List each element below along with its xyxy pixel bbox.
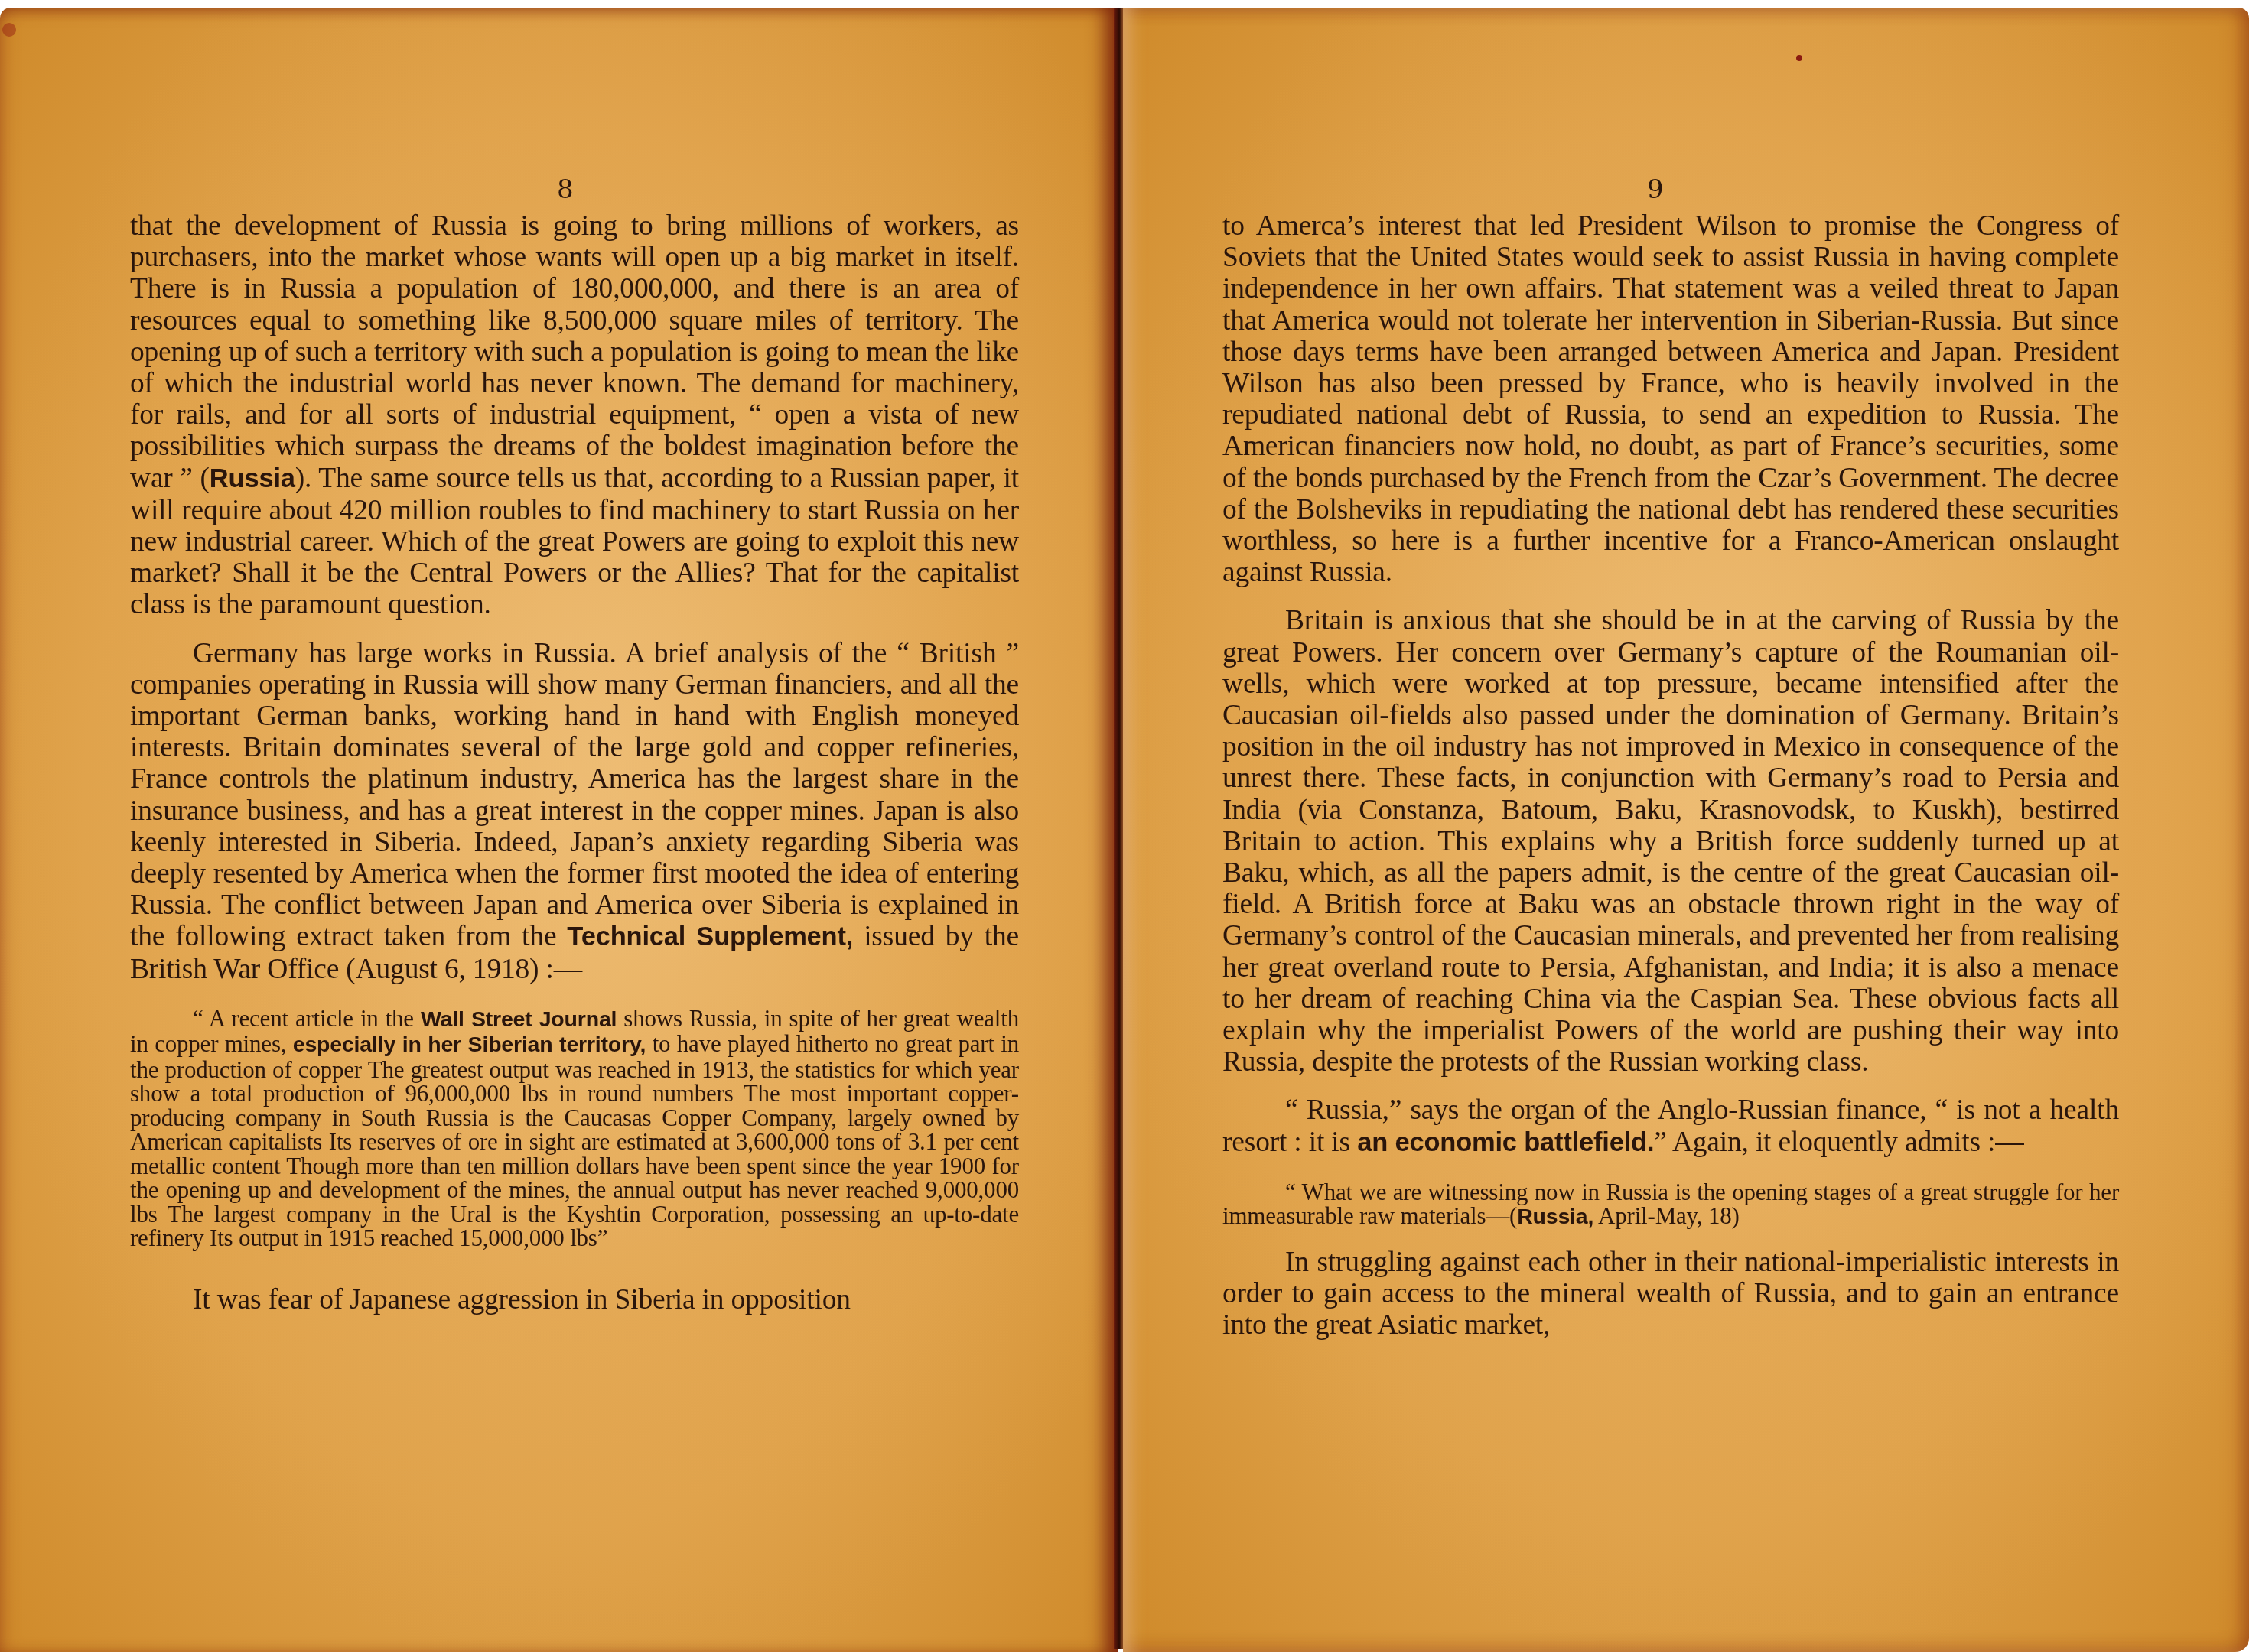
block-quote: “ What we are witnessing now in Russia i… <box>1222 1180 2119 1230</box>
text-run: that the development of Russia is going … <box>130 210 1019 494</box>
bold-emphasis: an economic battlefield. <box>1357 1128 1654 1157</box>
text-run: Germany has large works in Russia. A bri… <box>130 638 1019 953</box>
book-spread: 8 that the development of Russia is goin… <box>0 0 2259 1649</box>
text-run: Britain is anxious that she should be in… <box>1222 605 2119 1078</box>
text-run: to Amerca’s interest that led President … <box>1222 210 2119 588</box>
bold-citation: Wall Street Journal <box>421 1007 617 1032</box>
book-gutter <box>1114 8 1123 1649</box>
text-run: April-May, 18) <box>1593 1202 1739 1229</box>
text-run: In struggling against each other in thei… <box>1222 1247 2119 1341</box>
right-text-column: to Amerca’s interest that led President … <box>1222 210 2119 1341</box>
paragraph: to Amerca’s interest that led President … <box>1222 210 2119 588</box>
paragraph: In struggling against each other in thei… <box>1222 1247 2119 1341</box>
text-run: ” Again, it eloquently admits :— <box>1654 1127 2023 1158</box>
paragraph: It was fear of Japanese aggression in Si… <box>130 1284 1019 1315</box>
bold-citation: Russia, <box>1517 1205 1593 1229</box>
left-page: 8 that the development of Russia is goin… <box>0 8 1118 1649</box>
right-page: 9 to Amerca’s interest that led Presiden… <box>1123 8 2249 1649</box>
bold-citation: Russia <box>210 464 295 493</box>
bold-emphasis: especially in her Siberian territory, <box>293 1032 646 1057</box>
paragraph: Germany has large works in Russia. A bri… <box>130 638 1019 985</box>
paragraph: “ Russia,” says the organ of the Anglo-R… <box>1222 1094 2119 1158</box>
bold-citation: Technical Supplement, <box>567 922 853 951</box>
stain-mark <box>2 23 16 37</box>
paragraph: Britain is anxious that she should be in… <box>1222 605 2119 1078</box>
block-quote: “ A recent article in the Wall Street Jo… <box>130 1006 1019 1250</box>
text-run: “ A recent article in the <box>193 1005 421 1032</box>
text-run: to have played hitherto no great part in… <box>130 1030 1019 1251</box>
page-number: 8 <box>557 174 574 205</box>
page-number: 9 <box>1647 174 1664 205</box>
paragraph: that the development of Russia is going … <box>130 210 1019 621</box>
left-text-column: that the development of Russia is going … <box>130 210 1019 1315</box>
text-run: It was fear of Japanese aggression in Si… <box>193 1284 851 1315</box>
ink-spot <box>1796 55 1802 61</box>
